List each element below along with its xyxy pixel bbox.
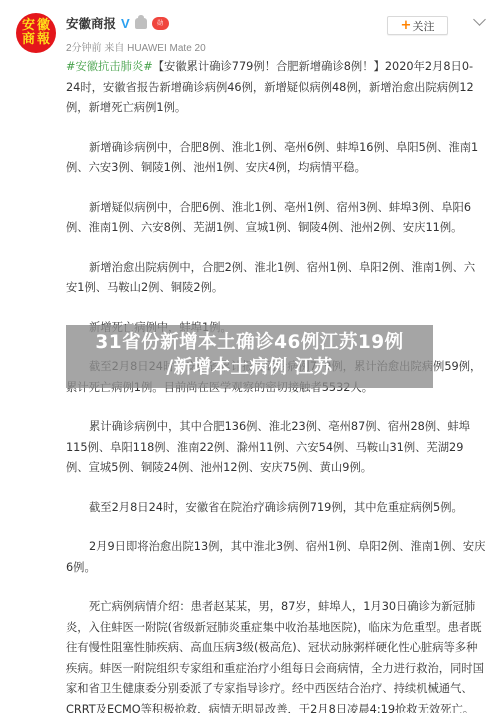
follow-label: 关注 [412,18,434,34]
paragraph: 截至2月8日24时，安徽省在院治疗确诊病例719例，其中危重症病例5例。 [66,498,486,519]
paragraph: 2月9日即将治愈出院13例，其中淮北3例、宿州1例、阜阳2例、淮南1例、安庆6例… [66,537,486,578]
avatar-char: 安 [21,19,36,33]
chevron-down-icon[interactable] [473,13,486,26]
hashtag-link[interactable]: #安徽抗击肺炎# [66,60,153,73]
plus-icon: + [401,18,412,33]
post-intro: #安徽抗击肺炎#【安徽累计确诊779例！合肥新增确诊8例！】2020年2月8日0… [66,57,486,119]
heart-badge-icon: 勋 [152,17,169,30]
name-row: 安徽商报 V 勋 [66,14,169,32]
banner-line-2: /新增本土病例 江苏 [66,355,433,380]
paragraph: 累计确诊病例中，其中合肥136例、淮北23例、亳州87例、宿州28例、蚌埠115… [66,417,486,479]
paragraph: 新增确诊病例中，合肥8例、淮北1例、亳州6例、蚌埠16例、阜阳5例、淮南1例、六… [66,138,486,179]
banner-line-1: 31省份新增本土确诊46例江苏19例 [95,332,403,353]
headline-overlay-banner: 31省份新增本土确诊46例江苏19例 /新增本土病例 江苏 [66,325,433,388]
follow-button[interactable]: + 关注 [387,16,448,35]
avatar-char: 徽 [36,19,51,33]
user-name[interactable]: 安徽商报 [66,14,116,32]
crown-icon [135,18,147,29]
paragraph: 死亡病例病情介绍：患者赵某某，男，87岁，蚌埠人，1月30日确诊为新冠肺炎，入住… [66,597,486,713]
avatar-char: 報 [36,33,51,47]
verified-icon: V [121,16,130,31]
paragraph: 新增治愈出院病例中，合肥2例、淮北1例、宿州1例、阜阳2例、淮南1例、六安1例、… [66,258,486,299]
post-meta: 2分钟前 来自 HUAWEI Mate 20 [66,39,206,54]
avatar-char: 商 [21,33,36,47]
post-header: 安 徽 商 報 安徽商报 V 勋 2分钟前 来自 HUAWEI Mate 20 … [0,0,500,58]
paragraph: 新增疑似病例中，合肥6例、淮北1例、亳州1例、宿州3例、蚌埠3例、阜阳6例、淮南… [66,198,486,239]
avatar[interactable]: 安 徽 商 報 [16,13,56,53]
